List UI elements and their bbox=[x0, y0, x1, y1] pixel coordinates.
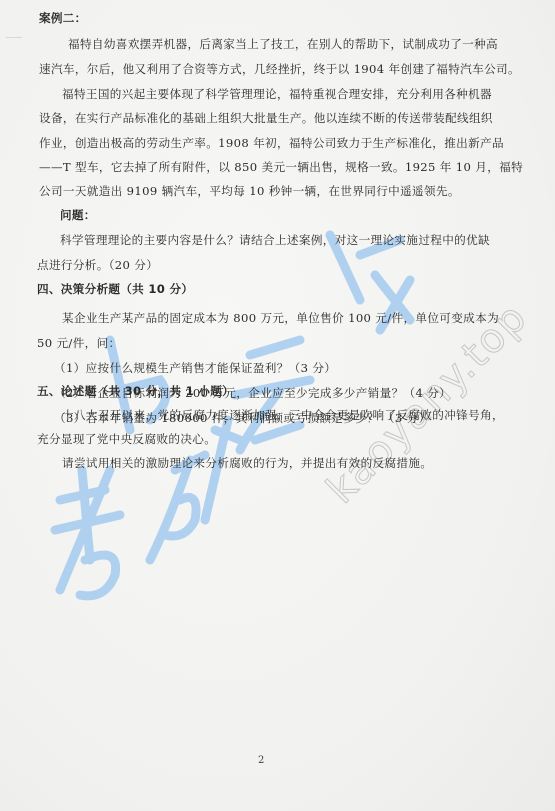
case-paragraph-1-line-1: 福特自幼喜欢摆弄机器，后离家当上了技工，在别人的帮助下，试制成功了一种高 bbox=[68, 37, 498, 51]
case-paragraph-1-line-2: 速汽车，尔后，他又利用了合资等方式，几经挫折，终于以 1904 年创建了福特汽车… bbox=[39, 62, 520, 76]
case-paragraph-2-line-5: 公司一天就造出 9109 辆汽车，平均每 10 秒钟一辆，在世界同行中遥遥领先。 bbox=[39, 184, 460, 198]
scan-artifact bbox=[6, 37, 22, 38]
section-4-heading: 四、决策分析题（共 10 分） bbox=[37, 282, 193, 296]
case-paragraph-2-line-1: 福特王国的兴起主要体现了科学管理理论，福特重视合理安排，充分利用各种机器 bbox=[62, 87, 492, 101]
case-paragraph-2-line-4: ——T 型车，它去掉了所有附件，以 850 美元一辆出售，规格一致。1925 年… bbox=[39, 160, 523, 174]
question-label: 问题： bbox=[60, 208, 96, 222]
section-4-item-1: （1）应按什么规模生产销售才能保证盈利？（3 分） bbox=[54, 361, 336, 375]
case-paragraph-2-line-3: 作业，创造出极高的劳动生产率。1908 年初，福特公司致力于生产标准化，推出新产… bbox=[39, 136, 504, 150]
section-5-heading: 五、论述题（共 30 分，共 1 小题） bbox=[37, 384, 234, 398]
question-text-line-1: 科学管理理论的主要内容是什么？请结合上述案例，对这一理论实施过程中的优缺 bbox=[60, 233, 490, 247]
watermark-url: kaoyany.top bbox=[318, 294, 537, 513]
document-page: kaoyany.top 案例二： 福特自幼喜欢摆弄机器，后离家当上了技工，在别人… bbox=[0, 0, 555, 811]
case-heading: 案例二： bbox=[39, 11, 87, 25]
case-paragraph-2-line-2: 设备，在实行产品标准化的基础上组织大批量生产。他以连续不断的传送带装配线组织 bbox=[39, 111, 493, 125]
section-5-question: 请尝试用相关的激励理论来分析腐败的行为，并提出有效的反腐措施。 bbox=[62, 456, 432, 470]
section-5-paragraph-line-1: 十八大召开以来，党的反腐力度逐渐加强，三中全会更是吹响了反腐败的冲锋号角， bbox=[62, 408, 504, 422]
section-4-intro-line-2: 50 元/件，问： bbox=[37, 336, 120, 350]
section-4-intro-line-1: 某企业生产某产品的固定成本为 800 万元，单位售价 100 元/件，单位可变成… bbox=[62, 311, 499, 325]
question-text-line-2: 点进行分析。（20 分） bbox=[37, 258, 158, 272]
section-5-paragraph-line-2: 充分显现了党中央反腐败的决心。 bbox=[37, 432, 216, 446]
page-number: 2 bbox=[258, 755, 264, 766]
